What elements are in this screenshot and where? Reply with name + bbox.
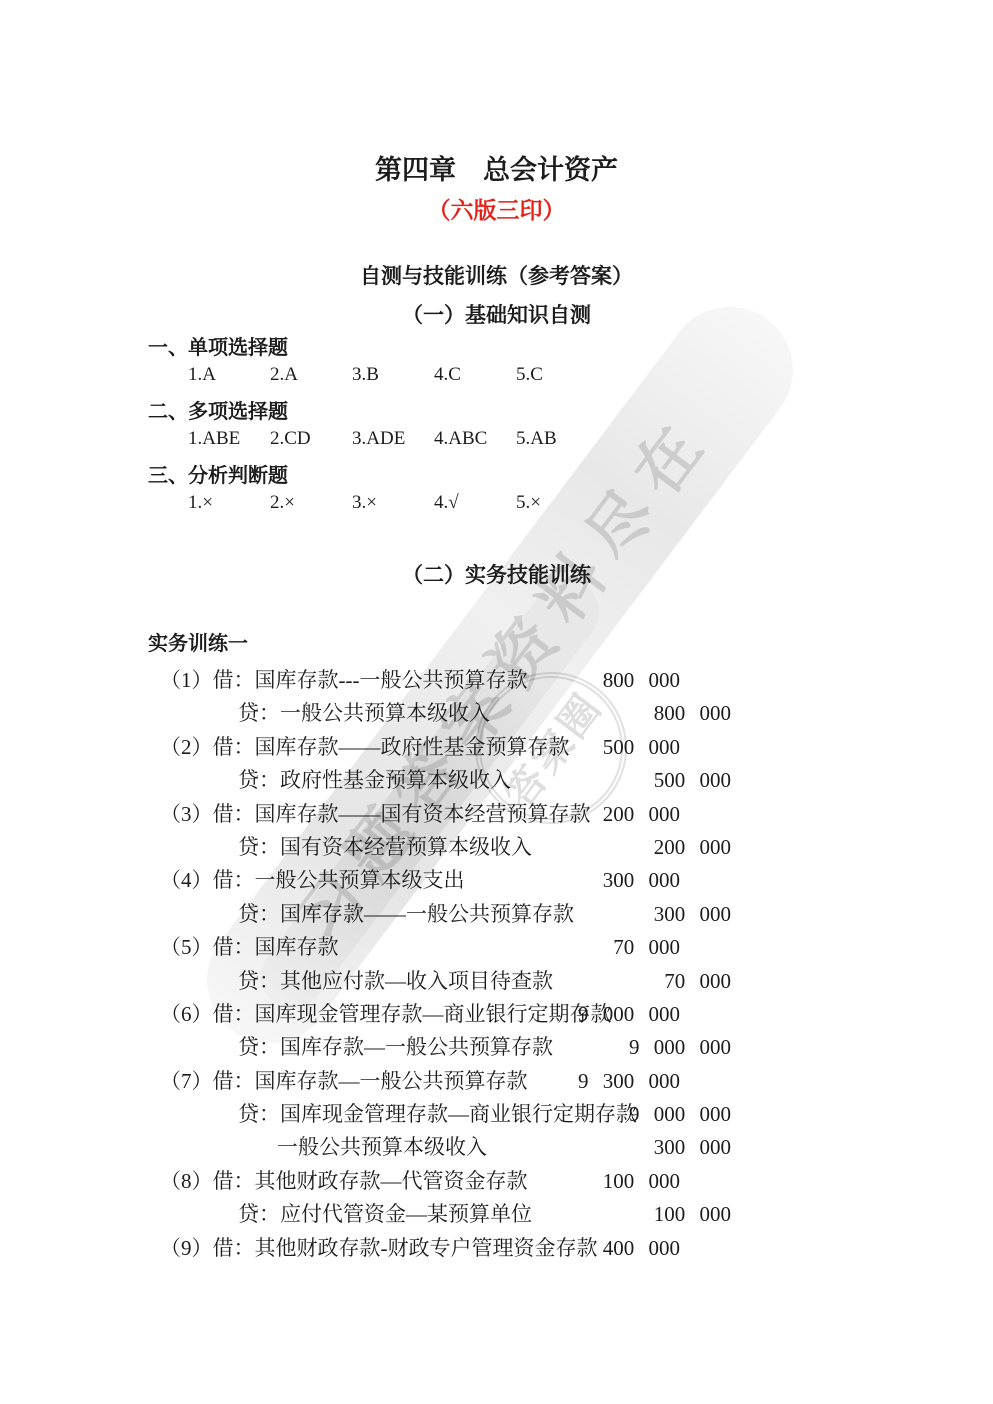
page-title: 第四章 总会计资产	[0, 148, 993, 187]
journal-line: 贷：国有资本经营预算本级收入200 000	[0, 831, 993, 864]
journal-line-text: 贷：其他应付款—收入项目待查款	[0, 965, 553, 998]
journal-line-text: （2）借：国库存款——政府性基金预算存款	[0, 731, 570, 764]
journal-line: 贷：国库存款——一般公共预算存款300 000	[0, 898, 993, 931]
journal-line: （7）借：国库存款—一般公共预算存款9 300 000	[0, 1065, 993, 1098]
answer-item: 5.×	[516, 492, 541, 514]
journal-line: 贷：其他应付款—收入项目待查款70 000	[0, 965, 993, 998]
journal-line-amount: 9 000 000	[629, 1098, 731, 1131]
part2-heading: （二）实务技能训练	[0, 559, 993, 589]
answers-row-multi-choice: 1.ABE2.CD3.ADE4.ABC5.AB	[188, 428, 557, 450]
journal-line-text: （5）借：国库存款	[0, 931, 339, 964]
section-title-multi-choice: 二、多项选择题	[148, 395, 288, 424]
journal-line-text: 贷：一般公共预算本级收入	[0, 697, 490, 730]
journal-line-text: 贷：应付代管资金—某预算单位	[0, 1198, 532, 1231]
journal-line-amount: 500 000	[603, 731, 680, 764]
journal-line-text: （9）借：其他财政存款-财政专户管理资金存款	[0, 1232, 598, 1265]
answer-item: 3.×	[352, 492, 434, 514]
journal-line: 贷：国库存款—一般公共预算存款9 000 000	[0, 1031, 993, 1064]
journal-line: （4）借：一般公共预算本级支出300 000	[0, 864, 993, 897]
journal-line-amount: 800 000	[603, 664, 680, 697]
journal-line: （1）借：国库存款---一般公共预算存款800 000	[0, 664, 993, 697]
section-title-single-choice: 一、单项选择题	[148, 331, 288, 360]
journal-line-amount: 70 000	[613, 931, 680, 964]
journal-line-amount: 9 300 000	[578, 1065, 680, 1098]
journal-line-text: 一般公共预算本级收入	[0, 1131, 487, 1164]
answers-row-single-choice: 1.A2.A3.B4.C5.C	[188, 364, 543, 386]
answer-item: 2.CD	[270, 428, 352, 450]
journal-entries: （1）借：国库存款---一般公共预算存款800 000贷：一般公共预算本级收入8…	[0, 664, 993, 1265]
journal-line-text: 贷：国库现金管理存款—商业银行定期存款	[0, 1098, 637, 1131]
journal-line-amount: 300 000	[654, 1131, 731, 1164]
journal-line-amount: 200 000	[654, 831, 731, 864]
part1-heading: （一）基础知识自测	[0, 299, 993, 329]
journal-line-amount: 9 000 000	[578, 998, 680, 1031]
journal-line-text: （6）借：国库现金管理存款—商业银行定期存款	[0, 998, 612, 1031]
journal-line: 贷：政府性基金预算本级收入500 000	[0, 764, 993, 797]
journal-line: 贷：国库现金管理存款—商业银行定期存款9 000 000	[0, 1098, 993, 1131]
answer-item: 4.ABC	[434, 428, 516, 450]
selftest-heading: 自测与技能训练（参考答案）	[0, 260, 993, 290]
journal-line-text: （7）借：国库存款—一般公共预算存款	[0, 1065, 528, 1098]
journal-line-amount: 70 000	[664, 965, 731, 998]
answer-item: 5.C	[516, 364, 543, 386]
journal-line: （2）借：国库存款——政府性基金预算存款500 000	[0, 731, 993, 764]
journal-line-amount: 9 000 000	[629, 1031, 731, 1064]
journal-line: （3）借：国库存款——国有资本经营预算存款200 000	[0, 798, 993, 831]
journal-line-amount: 100 000	[654, 1198, 731, 1231]
answer-item: 2.A	[270, 364, 352, 386]
journal-line-text: 贷：政府性基金预算本级收入	[0, 764, 511, 797]
journal-line-amount: 300 000	[654, 898, 731, 931]
journal-line: 贷：一般公共预算本级收入800 000	[0, 697, 993, 730]
journal-line-text: （4）借：一般公共预算本级支出	[0, 864, 465, 897]
journal-line: 一般公共预算本级收入300 000	[0, 1131, 993, 1164]
journal-line-text: （1）借：国库存款---一般公共预算存款	[0, 664, 527, 697]
journal-line-text: 贷：国库存款——一般公共预算存款	[0, 898, 574, 931]
journal-line-amount: 500 000	[654, 764, 731, 797]
answer-item: 4.C	[434, 364, 516, 386]
document-page: 习题答案资料尽在 答案圈 第四章 总会计资产 （六版三印） 自测与技能训练（参考…	[0, 0, 993, 1404]
answer-item: 1.ABE	[188, 428, 270, 450]
journal-line-text: 贷：国有资本经营预算本级收入	[0, 831, 532, 864]
journal-line-text: （3）借：国库存款——国有资本经营预算存款	[0, 798, 591, 831]
journal-line: （9）借：其他财政存款-财政专户管理资金存款400 000	[0, 1232, 993, 1265]
journal-line-text: （8）借：其他财政存款—代管资金存款	[0, 1165, 528, 1198]
edition-note: （六版三印）	[0, 192, 993, 225]
journal-line-amount: 800 000	[654, 697, 731, 730]
answer-item: 3.ADE	[352, 428, 434, 450]
journal-line: 贷：应付代管资金—某预算单位100 000	[0, 1198, 993, 1231]
answer-item: 1.A	[188, 364, 270, 386]
journal-line-amount: 400 000	[603, 1232, 680, 1265]
answer-item: 2.×	[270, 492, 352, 514]
answer-item: 1.×	[188, 492, 270, 514]
journal-line-amount: 300 000	[603, 864, 680, 897]
answer-item: 3.B	[352, 364, 434, 386]
journal-line: （8）借：其他财政存款—代管资金存款100 000	[0, 1165, 993, 1198]
answer-item: 4.√	[434, 492, 516, 514]
journal-line: （6）借：国库现金管理存款—商业银行定期存款9 000 000	[0, 998, 993, 1031]
answer-item: 5.AB	[516, 428, 557, 450]
section-title-judgement: 三、分析判断题	[148, 459, 288, 488]
journal-line: （5）借：国库存款70 000	[0, 931, 993, 964]
practice-title: 实务训练一	[148, 627, 248, 656]
answers-row-judgement: 1.×2.×3.×4.√5.×	[188, 492, 541, 514]
journal-line-amount: 100 000	[603, 1165, 680, 1198]
journal-line-text: 贷：国库存款—一般公共预算存款	[0, 1031, 553, 1064]
journal-line-amount: 200 000	[603, 798, 680, 831]
